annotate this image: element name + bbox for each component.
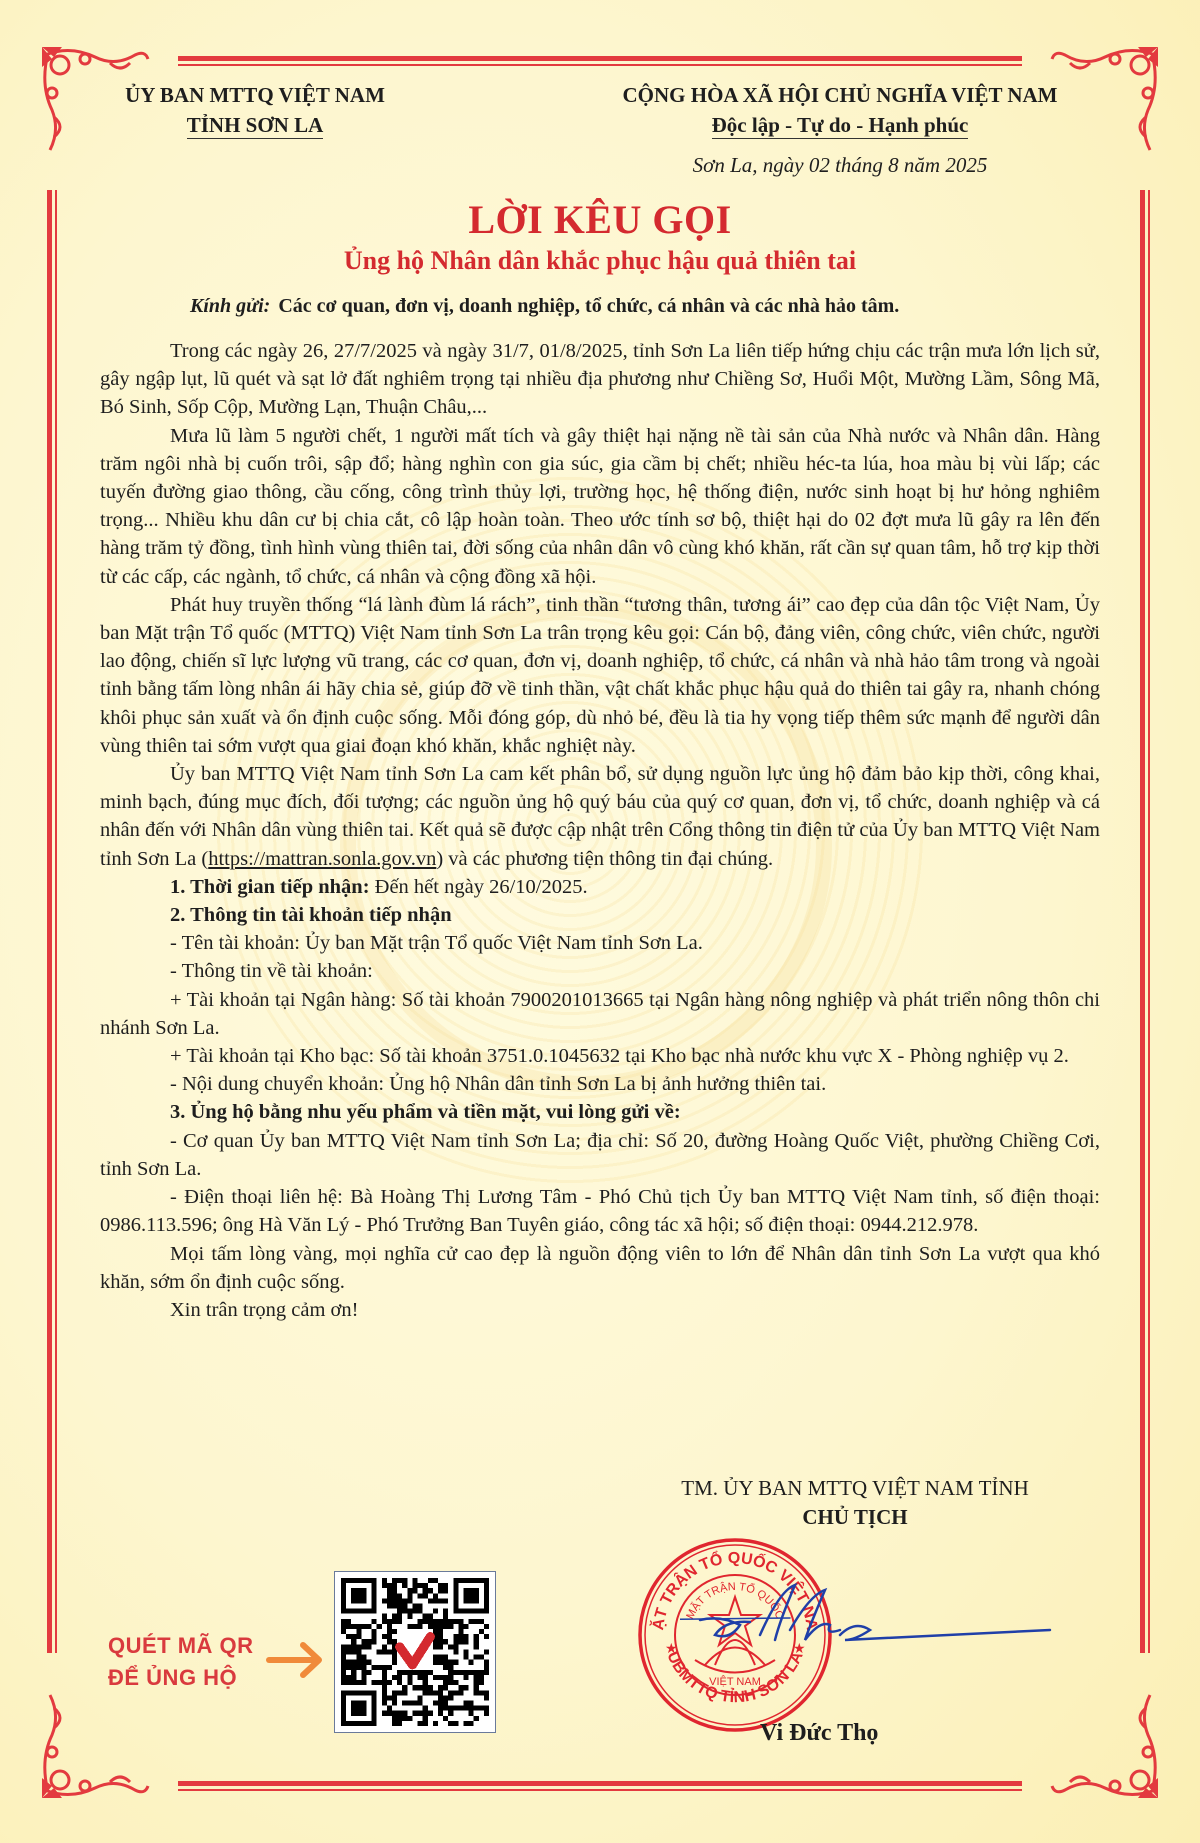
- treasury-account: + Tài khoản tại Kho bạc: Số tài khoản 37…: [100, 1042, 1100, 1070]
- qr-code[interactable]: [334, 1571, 496, 1733]
- transfer-content: - Nội dung chuyển khoản: Ủng hộ Nhân dân…: [100, 1070, 1100, 1098]
- recipients-label: Kính gửi:: [190, 295, 270, 317]
- corner-ornament-bottom-right: [1050, 1690, 1160, 1800]
- section-2-heading: 2. Thông tin tài khoản tiếp nhận: [100, 901, 1100, 929]
- signer-name: Vi Đức Thọ: [760, 1720, 878, 1747]
- arrow-right-icon: [265, 1640, 325, 1680]
- signing-organization: TM. ỦY BAN MTTQ VIỆT NAM TỈNH: [630, 1476, 1080, 1501]
- thanks-line: Xin trân trọng cảm ơn!: [100, 1296, 1100, 1324]
- document-date: Sơn La, ngày 02 tháng 8 năm 2025: [560, 153, 1120, 178]
- org-name: ỦY BAN MTTQ VIỆT NAM: [85, 80, 425, 110]
- paragraph-damage: Mưa lũ làm 5 người chết, 1 người mất tíc…: [100, 422, 1100, 591]
- website-link[interactable]: https://mattran.sonla.gov.vn: [208, 848, 436, 870]
- svg-text:★: ★: [665, 1642, 678, 1657]
- frame-top-line: [178, 56, 1022, 61]
- svg-text:VIỆT NAM: VIỆT NAM: [709, 1675, 761, 1688]
- closing-paragraph: Mọi tấm lòng vàng, mọi nghĩa cử cao đẹp …: [100, 1240, 1100, 1296]
- document-title: LỜI KÊU GỌI: [0, 196, 1200, 243]
- account-name: - Tên tài khoản: Ủy ban Mặt trận Tổ quốc…: [100, 929, 1100, 957]
- org-province: TỈNH SƠN LA: [187, 112, 324, 139]
- paragraph-commitment: Ủy ban MTTQ Việt Nam tỉnh Sơn La cam kết…: [100, 760, 1100, 873]
- frame-bottom-line: [178, 1781, 1022, 1786]
- frame-left-line: [47, 190, 52, 1653]
- qr-code-icon: [341, 1578, 489, 1726]
- corner-ornament-bottom-left: [40, 1690, 150, 1800]
- frame-right-line: [1140, 190, 1145, 1653]
- section-1-label: 1. Thời gian tiếp nhận:: [170, 876, 370, 898]
- document-subtitle: Ủng hộ Nhân dân khắc phục hậu quả thiên …: [0, 246, 1200, 276]
- contact-address: - Cơ quan Ủy ban MTTQ Việt Nam tỉnh Sơn …: [100, 1127, 1100, 1183]
- recipients-text: Các cơ quan, đơn vị, doanh nghiệp, tổ ch…: [278, 295, 899, 317]
- section-3-heading: 3. Ủng hộ bằng nhu yếu phẩm và tiền mặt,…: [100, 1098, 1100, 1126]
- signer-position: CHỦ TỊCH: [630, 1505, 1080, 1530]
- handwritten-signature: [680, 1580, 1060, 1660]
- nation-name: CỘNG HÒA XÃ HỘI CHỦ NGHĨA VIỆT NAM: [560, 80, 1120, 110]
- national-motto: Độc lập - Tự do - Hạnh phúc: [712, 112, 969, 139]
- qr-label: QUÉT MÃ QR ĐỂ ỦNG HỘ: [108, 1630, 254, 1694]
- paragraph-appeal: Phát huy truyền thống “lá lành đùm lá rá…: [100, 591, 1100, 760]
- document-body: Trong các ngày 26, 27/7/2025 và ngày 31/…: [100, 337, 1100, 1324]
- issuing-organization: ỦY BAN MTTQ VIỆT NAM TỈNH SƠN LA: [85, 80, 425, 140]
- section-1-value: Đến hết ngày 26/10/2025.: [370, 876, 588, 898]
- bank-account: + Tài khoản tại Ngân hàng: Số tài khoản …: [100, 986, 1100, 1042]
- recipients: Kính gửi:Các cơ quan, đơn vị, doanh nghi…: [190, 295, 899, 318]
- national-heading: CỘNG HÒA XÃ HỘI CHỦ NGHĨA VIỆT NAM Độc l…: [560, 80, 1120, 140]
- section-receiving-time: 1. Thời gian tiếp nhận: Đến hết ngày 26/…: [100, 873, 1100, 901]
- contact-phones: - Điện thoại liên hệ: Bà Hoàng Thị Lương…: [100, 1183, 1100, 1239]
- account-info-label: - Thông tin về tài khoản:: [100, 957, 1100, 985]
- paragraph-situation: Trong các ngày 26, 27/7/2025 và ngày 31/…: [100, 337, 1100, 422]
